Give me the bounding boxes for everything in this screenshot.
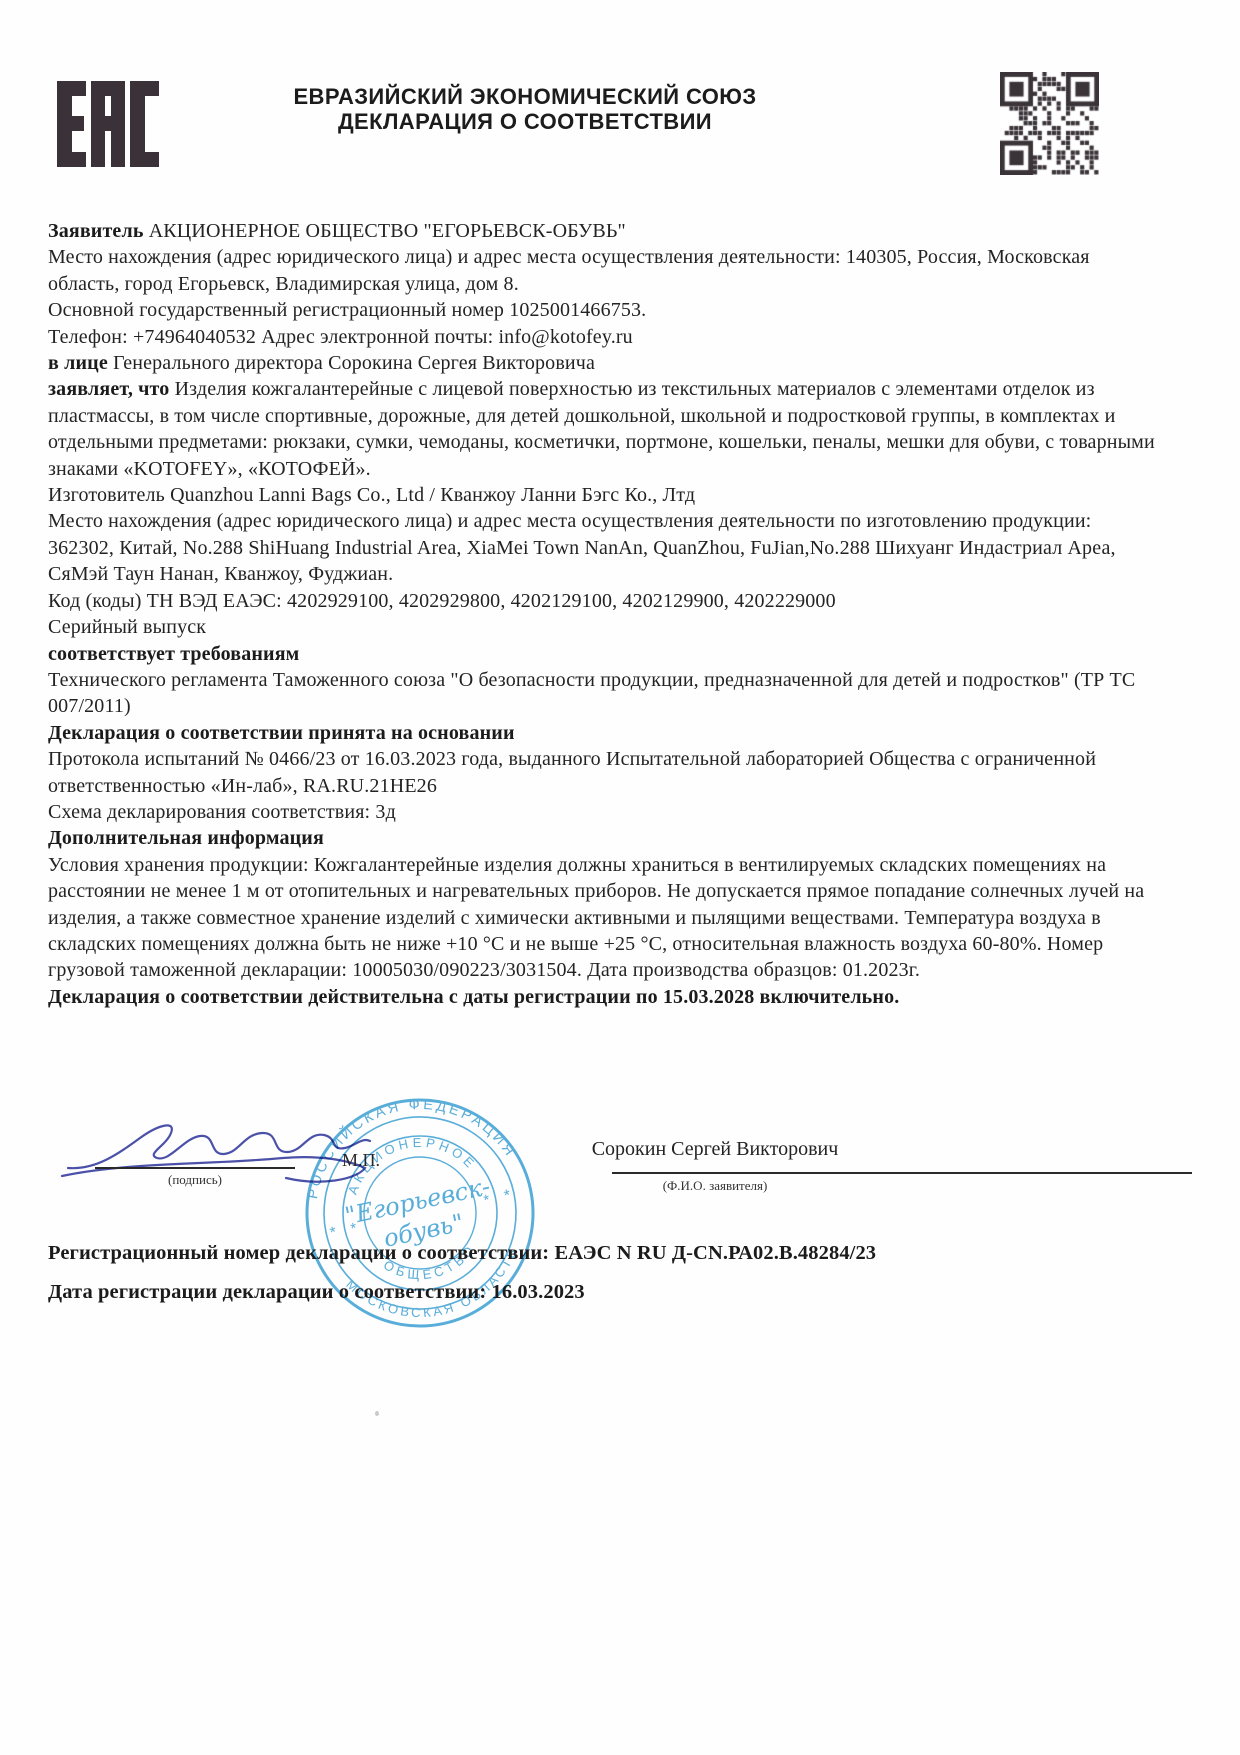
applicant-ogrn: Основной государственный регистрационный… (48, 297, 1156, 323)
fio-caption: (Ф.И.О. заявителя) (490, 1178, 940, 1194)
registration-number-line: Регистрационный номер декларации о соотв… (48, 1242, 1198, 1265)
signature-line (95, 1167, 295, 1169)
eac-logo (57, 74, 159, 174)
compliance-label: соответствует требованиям (48, 641, 1156, 667)
registration-date-line: Дата регистрации декларации о соответств… (48, 1281, 1198, 1304)
signature-caption: (подпись) (95, 1172, 295, 1188)
serial-issue: Серийный выпуск (48, 614, 1156, 640)
declares-paragraph: заявляет, что Изделия кожгалантерейные с… (48, 376, 1156, 482)
qr-code (1000, 72, 1099, 175)
applicant-fio: Сорокин Сергей Викторович (490, 1138, 940, 1161)
applicant-label: Заявитель (48, 220, 144, 242)
fio-line (612, 1172, 1192, 1174)
basis-label: Декларация о соответствии принята на осн… (48, 720, 1156, 746)
stamp-star-right-outer: * (503, 1187, 513, 1205)
header-union-line: ЕВРАЗИЙСКИЙ ЭКОНОМИЧЕСКИЙ СОЮЗ (240, 84, 810, 109)
tnved-codes: Код (коды) ТН ВЭД ЕАЭС: 4202929100, 4202… (48, 588, 1156, 614)
additional-label: Дополнительная информация (48, 825, 1156, 851)
scan-speck (375, 1411, 379, 1416)
manufacturer-name: Изготовитель Quanzhou Lanni Bags Co., Lt… (48, 482, 1156, 508)
stamp-star-left-outer: * (328, 1224, 338, 1242)
validity-line: Декларация о соответствии действительна … (48, 984, 1156, 1010)
additional-text: Условия хранения продукции: Кожгалантере… (48, 852, 1156, 984)
compliance-text: Технического регламента Таможенного союз… (48, 667, 1156, 720)
document-header: ЕВРАЗИЙСКИЙ ЭКОНОМИЧЕСКИЙ СОЮЗ ДЕКЛАРАЦИ… (240, 84, 810, 134)
applicant-in-person: в лице Генерального директора Сорокина С… (48, 350, 1156, 376)
manufacturer-address: Место нахождения (адрес юридического лиц… (48, 508, 1156, 587)
header-doctype-line: ДЕКЛАРАЦИЯ О СООТВЕТСТВИИ (240, 109, 810, 134)
basis-protocol: Протокола испытаний № 0466/23 от 16.03.2… (48, 746, 1156, 799)
applicant-contacts: Телефон: +74964040532 Адрес электронной … (48, 324, 1156, 350)
applicant-address: Место нахождения (адрес юридического лиц… (48, 244, 1156, 297)
applicant-line: Заявитель АКЦИОНЕРНОЕ ОБЩЕСТВО "ЕГОРЬЕВС… (48, 218, 1156, 244)
declaration-document: ЕВРАЗИЙСКИЙ ЭКОНОМИЧЕСКИЙ СОЮЗ ДЕКЛАРАЦИ… (0, 0, 1240, 1755)
document-body: Заявитель АКЦИОНЕРНОЕ ОБЩЕСТВО "ЕГОРЬЕВС… (48, 218, 1156, 1010)
basis-scheme: Схема декларирования соответствия: 3д (48, 799, 1156, 825)
